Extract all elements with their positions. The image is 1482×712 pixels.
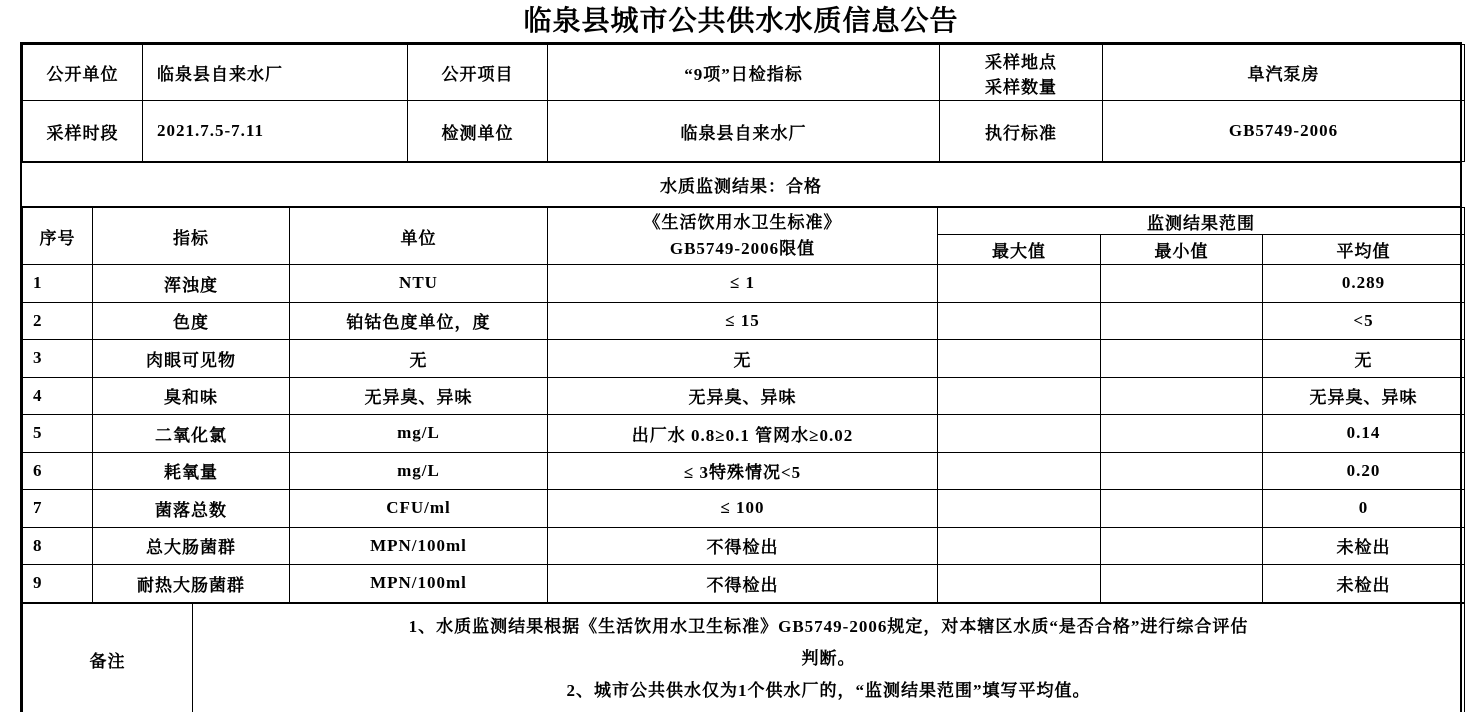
cell-indicator: 二氧化氯 xyxy=(93,415,290,453)
cell-avg: 0.20 xyxy=(1263,452,1465,490)
cell-indicator: 色度 xyxy=(93,302,290,340)
cell-avg: 0.14 xyxy=(1263,415,1465,453)
cell-unit: 无异臭、异味 xyxy=(290,377,548,415)
cell-limit: 出厂水 0.8≥0.1 管网水≥0.02 xyxy=(548,415,938,453)
remark-row: 备注 1、水质监测结果根据《生活饮用水卫生标准》GB5749-2006规定，对本… xyxy=(23,603,1465,712)
cell-seq: 3 xyxy=(23,340,93,378)
header-indicator: 指标 xyxy=(93,208,290,265)
cell-avg: 未检出 xyxy=(1263,527,1465,565)
cell-indicator: 菌落总数 xyxy=(93,490,290,528)
public-unit-label: 公开单位 xyxy=(23,45,143,101)
cell-avg: 0 xyxy=(1263,490,1465,528)
header-limit-line2: GB5749-2006限值 xyxy=(552,236,933,262)
cell-max xyxy=(938,565,1101,603)
cell-seq: 2 xyxy=(23,302,93,340)
header-row-group: 序号 指标 单位 《生活饮用水卫生标准》 GB5749-2006限值 监测结果范… xyxy=(23,208,1465,235)
table-row: 5 二氧化氯 mg/L 出厂水 0.8≥0.1 管网水≥0.02 0.14 xyxy=(23,415,1465,453)
table-row: 2 色度 铂钴色度单位，度 ≤ 15 <5 xyxy=(23,302,1465,340)
cell-limit: 无异臭、异味 xyxy=(548,377,938,415)
table-row: 1 浑浊度 NTU ≤ 1 0.289 xyxy=(23,265,1465,303)
cell-max xyxy=(938,377,1101,415)
header-avg: 平均值 xyxy=(1263,235,1465,265)
cell-min xyxy=(1101,377,1263,415)
indicator-table: 序号 指标 单位 《生活饮用水卫生标准》 GB5749-2006限值 监测结果范… xyxy=(22,207,1465,603)
cell-seq: 5 xyxy=(23,415,93,453)
announcement-page: 临泉县城市公共供水水质信息公告 公开单位 临泉县自来水厂 公开项目 “9项”日检… xyxy=(0,0,1482,712)
cell-max xyxy=(938,452,1101,490)
cell-min xyxy=(1101,452,1263,490)
cell-indicator: 浑浊度 xyxy=(93,265,290,303)
standard-label: 执行标准 xyxy=(940,101,1103,162)
public-item-value: “9项”日检指标 xyxy=(548,45,940,101)
cell-unit: NTU xyxy=(290,265,548,303)
cell-max xyxy=(938,527,1101,565)
sample-site-value: 阜汽泵房 xyxy=(1103,45,1465,101)
cell-min xyxy=(1101,265,1263,303)
cell-unit: MPN/100ml xyxy=(290,527,548,565)
cell-indicator: 总大肠菌群 xyxy=(93,527,290,565)
cell-min xyxy=(1101,415,1263,453)
test-unit-label: 检测单位 xyxy=(408,101,548,162)
cell-avg: 无异臭、异味 xyxy=(1263,377,1465,415)
cell-max xyxy=(938,302,1101,340)
cell-max xyxy=(938,415,1101,453)
cell-indicator: 臭和味 xyxy=(93,377,290,415)
remark-line-1: 1、水质监测结果根据《生活饮用水卫生标准》GB5749-2006规定，对本辖区水… xyxy=(197,611,1460,643)
cell-unit: mg/L xyxy=(290,452,548,490)
cell-avg: <5 xyxy=(1263,302,1465,340)
cell-indicator: 耗氧量 xyxy=(93,452,290,490)
cell-seq: 6 xyxy=(23,452,93,490)
cell-limit: 不得检出 xyxy=(548,527,938,565)
header-limit-line1: 《生活饮用水卫生标准》 xyxy=(552,210,933,236)
cell-min xyxy=(1101,490,1263,528)
cell-unit: 无 xyxy=(290,340,548,378)
cell-limit: 无 xyxy=(548,340,938,378)
sample-site-label-line2: 采样数量 xyxy=(944,73,1098,98)
table-row: 6 耗氧量 mg/L ≤ 3特殊情况<5 0.20 xyxy=(23,452,1465,490)
public-unit-value: 临泉县自来水厂 xyxy=(143,45,408,101)
cell-indicator: 耐热大肠菌群 xyxy=(93,565,290,603)
cell-max xyxy=(938,340,1101,378)
table-row: 3 肉眼可见物 无 无 无 xyxy=(23,340,1465,378)
header-limit: 《生活饮用水卫生标准》 GB5749-2006限值 xyxy=(548,208,938,265)
public-item-label: 公开项目 xyxy=(408,45,548,101)
cell-min xyxy=(1101,302,1263,340)
cell-unit: 铂钴色度单位，度 xyxy=(290,302,548,340)
cell-limit: ≤ 100 xyxy=(548,490,938,528)
cell-avg: 无 xyxy=(1263,340,1465,378)
cell-seq: 7 xyxy=(23,490,93,528)
table-row: 8 总大肠菌群 MPN/100ml 不得检出 未检出 xyxy=(23,527,1465,565)
remark-content: 1、水质监测结果根据《生活饮用水卫生标准》GB5749-2006规定，对本辖区水… xyxy=(193,603,1465,712)
result-banner: 水质监测结果：合格 xyxy=(22,162,1460,207)
header-min: 最小值 xyxy=(1101,235,1263,265)
table-row: 9 耐热大肠菌群 MPN/100ml 不得检出 未检出 xyxy=(23,565,1465,603)
cell-limit: 不得检出 xyxy=(548,565,938,603)
cell-unit: mg/L xyxy=(290,415,548,453)
cell-limit: ≤ 3特殊情况<5 xyxy=(548,452,938,490)
sample-period-label: 采样时段 xyxy=(23,101,143,162)
water-quality-table: 公开单位 临泉县自来水厂 公开项目 “9项”日检指标 采样地点 采样数量 阜汽泵… xyxy=(20,42,1462,712)
remark-table: 备注 1、水质监测结果根据《生活饮用水卫生标准》GB5749-2006规定，对本… xyxy=(22,603,1465,712)
cell-min xyxy=(1101,527,1263,565)
cell-seq: 1 xyxy=(23,265,93,303)
remark-label: 备注 xyxy=(23,603,193,712)
remark-line-2: 判断。 xyxy=(197,643,1460,675)
cell-max xyxy=(938,490,1101,528)
sample-site-label-line1: 采样地点 xyxy=(944,48,1098,73)
cell-limit: ≤ 1 xyxy=(548,265,938,303)
cell-seq: 8 xyxy=(23,527,93,565)
meta-row-2: 采样时段 2021.7.5-7.11 检测单位 临泉县自来水厂 执行标准 GB5… xyxy=(23,101,1465,162)
cell-avg: 未检出 xyxy=(1263,565,1465,603)
sample-period-value: 2021.7.5-7.11 xyxy=(143,101,408,162)
standard-value: GB5749-2006 xyxy=(1103,101,1465,162)
remark-line-3: 2、城市公共供水仅为1个供水厂的，“监测结果范围”填写平均值。 xyxy=(197,675,1460,707)
test-unit-value: 临泉县自来水厂 xyxy=(548,101,940,162)
meta-info-table: 公开单位 临泉县自来水厂 公开项目 “9项”日检指标 采样地点 采样数量 阜汽泵… xyxy=(22,44,1465,162)
table-row: 7 菌落总数 CFU/ml ≤ 100 0 xyxy=(23,490,1465,528)
table-row: 4 臭和味 无异臭、异味 无异臭、异味 无异臭、异味 xyxy=(23,377,1465,415)
cell-avg: 0.289 xyxy=(1263,265,1465,303)
cell-unit: CFU/ml xyxy=(290,490,548,528)
page-title: 临泉县城市公共供水水质信息公告 xyxy=(0,0,1482,42)
cell-max xyxy=(938,265,1101,303)
cell-seq: 4 xyxy=(23,377,93,415)
header-max: 最大值 xyxy=(938,235,1101,265)
cell-min xyxy=(1101,565,1263,603)
header-range-group: 监测结果范围 xyxy=(938,208,1465,235)
sample-site-label: 采样地点 采样数量 xyxy=(940,45,1103,101)
cell-min xyxy=(1101,340,1263,378)
meta-row-1: 公开单位 临泉县自来水厂 公开项目 “9项”日检指标 采样地点 采样数量 阜汽泵… xyxy=(23,45,1465,101)
cell-seq: 9 xyxy=(23,565,93,603)
header-seq: 序号 xyxy=(23,208,93,265)
header-unit: 单位 xyxy=(290,208,548,265)
cell-limit: ≤ 15 xyxy=(548,302,938,340)
cell-unit: MPN/100ml xyxy=(290,565,548,603)
cell-indicator: 肉眼可见物 xyxy=(93,340,290,378)
